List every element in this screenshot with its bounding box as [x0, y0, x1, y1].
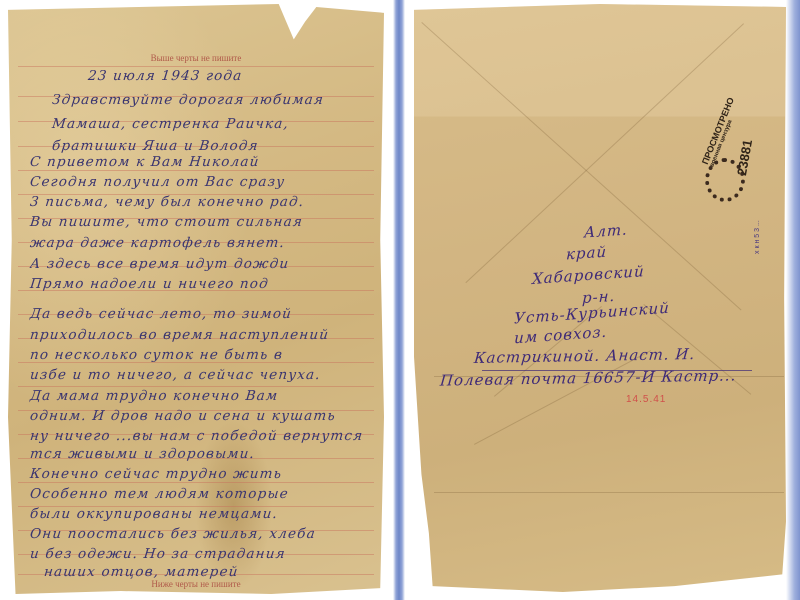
folded-envelope: ПРОСМОТРЕНО военная цензура 23881 Алт. к… — [414, 4, 786, 592]
letter-line: по несколько суток не быть в — [29, 347, 371, 363]
letter-line: Прямо надоели и ничего под — [29, 276, 371, 292]
fold-line — [434, 492, 784, 493]
slide-right-border — [786, 0, 800, 600]
letter-line: наших отцов, матерей — [43, 564, 371, 580]
letter-line: тся живыми и здоровыми. — [29, 446, 371, 462]
letter-date: 23 июля 1943 года — [87, 68, 371, 84]
red-postal-mark: 14.5.41 — [626, 394, 666, 405]
letter-line: Конечно сейчас трудно жить — [29, 466, 371, 482]
letter-line: А здесь все время идут дожди — [29, 256, 371, 272]
letter-line: 3 письма, чему был конечно рад. — [29, 194, 371, 210]
letter-line: Здравствуйте дорогая любимая — [51, 92, 371, 108]
letter-line: приходилось во время наступлений — [29, 327, 371, 343]
letter-header-note: Выше черты не пишите — [8, 53, 384, 63]
address-line: край — [566, 243, 608, 264]
letter-line: избе и то ничего, а сейчас чепуха. — [29, 367, 371, 383]
ruled-line — [18, 66, 374, 67]
letter-page: Выше черты не пишите 23 июля 1943 года З… — [8, 4, 384, 594]
address-line: Хабаровский — [532, 262, 645, 288]
letter-line: Да мама трудно конечно Вам — [29, 388, 371, 404]
field-post-line: Полевая почта 16657-И Кастр... — [439, 366, 737, 389]
letter-line: одним. И дров надо и сена и кушать — [29, 408, 371, 424]
letter-footer-note: Ниже черты не пишите — [8, 579, 384, 589]
ruled-line — [18, 170, 374, 171]
address-line: Алт. — [584, 220, 628, 241]
letter-line: Да ведь сейчас лето, то зимой — [29, 306, 371, 322]
letter-line: и без одежи. Но за страдания — [29, 546, 371, 562]
side-note: х к н 5 3 ... — [754, 220, 761, 254]
letter-line: Сегодня получил от Вас сразу — [29, 174, 371, 190]
letter-line: ну ничего ...вы нам с победой вернутся — [29, 428, 371, 444]
letter-line: были оккупированы немцами. — [29, 506, 371, 522]
ruled-line — [18, 386, 374, 387]
censor-stamp-number: 23881 — [734, 138, 755, 176]
letter-line: Мамаша, сестренка Раичка, — [51, 116, 371, 132]
ruled-line — [18, 482, 374, 483]
letter-line: братишки Яша и Володя — [51, 138, 371, 154]
addressee-name: Кастрикиной. Анаст. И. — [473, 345, 696, 367]
letter-line: Вы пишите, что стоит сильная — [29, 214, 371, 230]
letter-line: Особенно тем людям которые — [29, 486, 371, 502]
slide-divider — [393, 0, 405, 600]
letter-line: Они поостались без жилья, хлеба — [29, 526, 371, 542]
letter-line: жара даже картофель вянет. — [29, 235, 371, 251]
letter-line: С приветом к Вам Николай — [29, 154, 371, 170]
